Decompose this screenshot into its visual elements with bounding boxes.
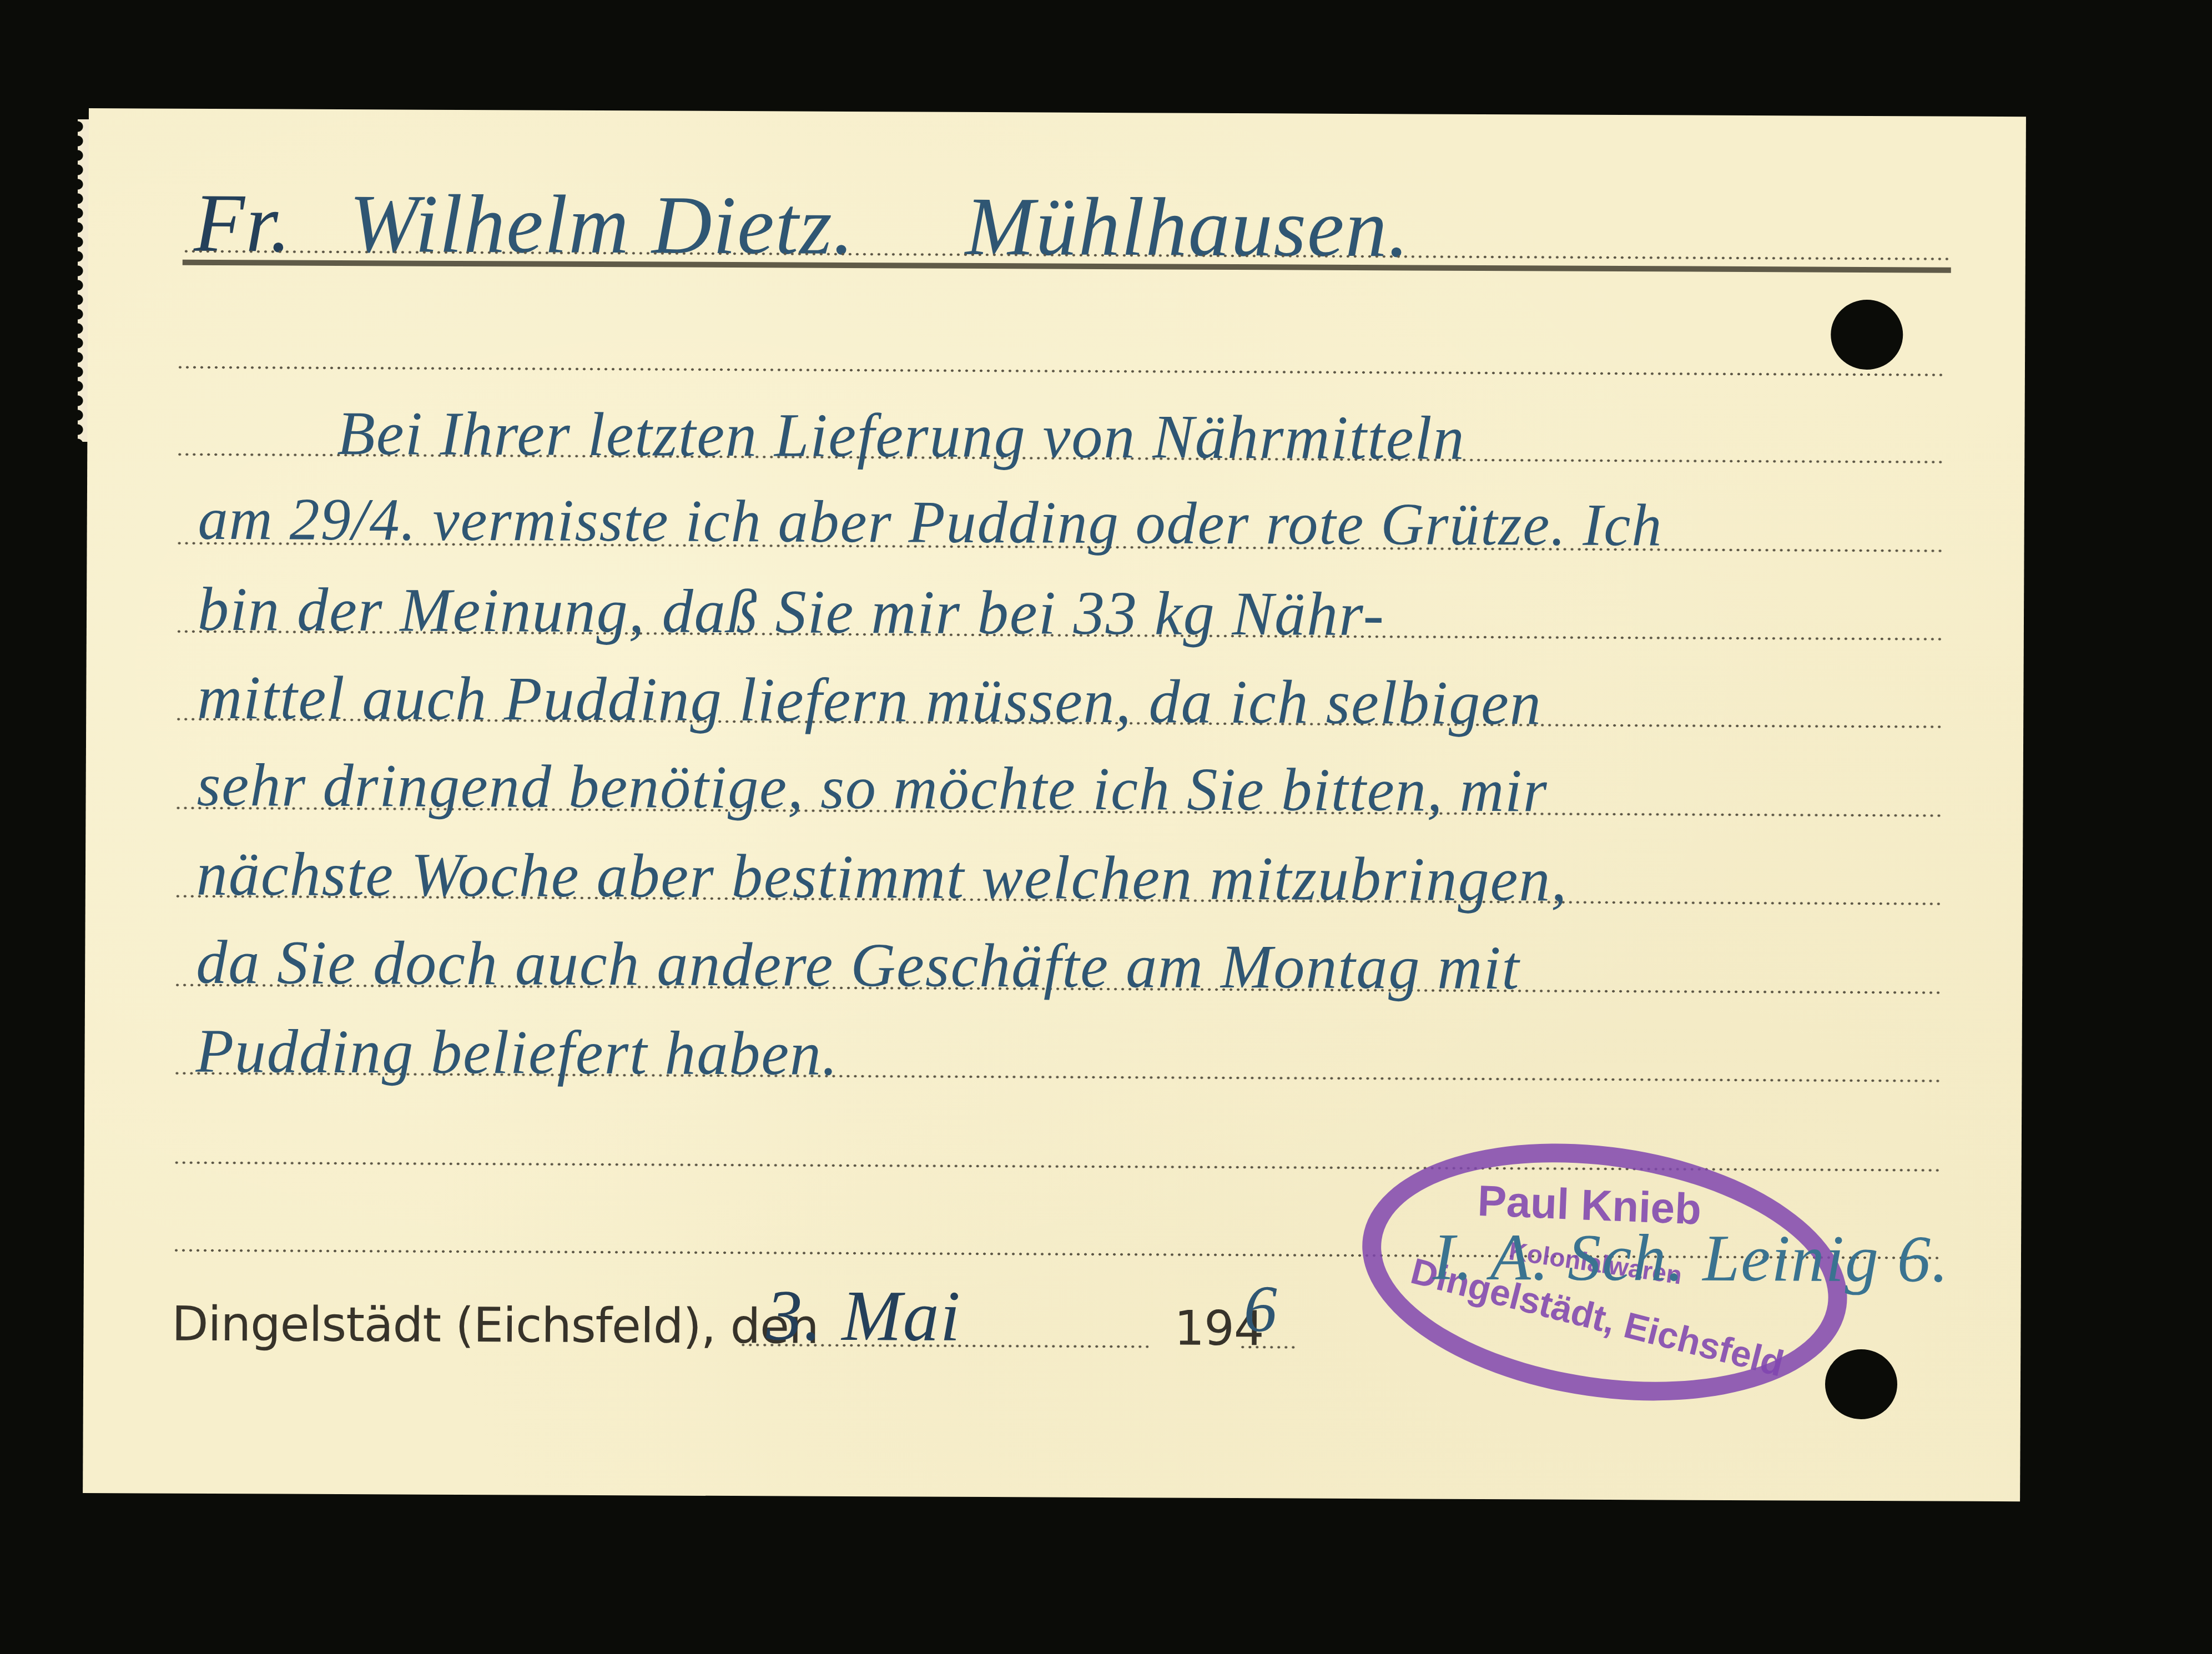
body-line: nächste Woche aber bestimmt welchen mitz…	[196, 839, 1568, 916]
postcard: Fr. Wilhelm Dietz. Mühlhausen. Bei Ihrer…	[83, 108, 2026, 1501]
handwritten-year-digit: 6	[1243, 1270, 1278, 1347]
body-line: sehr dringend benötige, so möchte ich Si…	[196, 750, 1548, 826]
body-line: da Sie doch auch andere Geschäfte am Mon…	[196, 927, 1520, 1004]
signature: I. A. Sch. Leinig 6.	[1433, 1219, 1950, 1298]
punch-hole-bottom	[1825, 1349, 1898, 1420]
body-line: bin der Meinung, daß Sie mir bei 33 kg N…	[198, 574, 1385, 650]
recipient-salutation: Fr.	[194, 175, 293, 271]
handwritten-date: 3. Mai	[766, 1274, 961, 1358]
recipient-name: Wilhelm Dietz.	[349, 176, 855, 274]
ruled-line	[177, 366, 1946, 377]
punch-hole-top	[1831, 300, 1903, 370]
body-line: Bei Ihrer letzten Lieferung von Nährmitt…	[337, 398, 1465, 475]
body-line: am 29/4. vermisste ich aber Pudding oder…	[198, 485, 1662, 561]
body-line: Pudding beliefert haben.	[195, 1016, 839, 1090]
printed-place-label: Dingelstädt (Eichsfeld), den	[172, 1297, 819, 1355]
recipient-place: Mühlhausen.	[965, 179, 1410, 276]
body-line: mittel auch Pudding liefern müssen, da i…	[197, 662, 1542, 740]
